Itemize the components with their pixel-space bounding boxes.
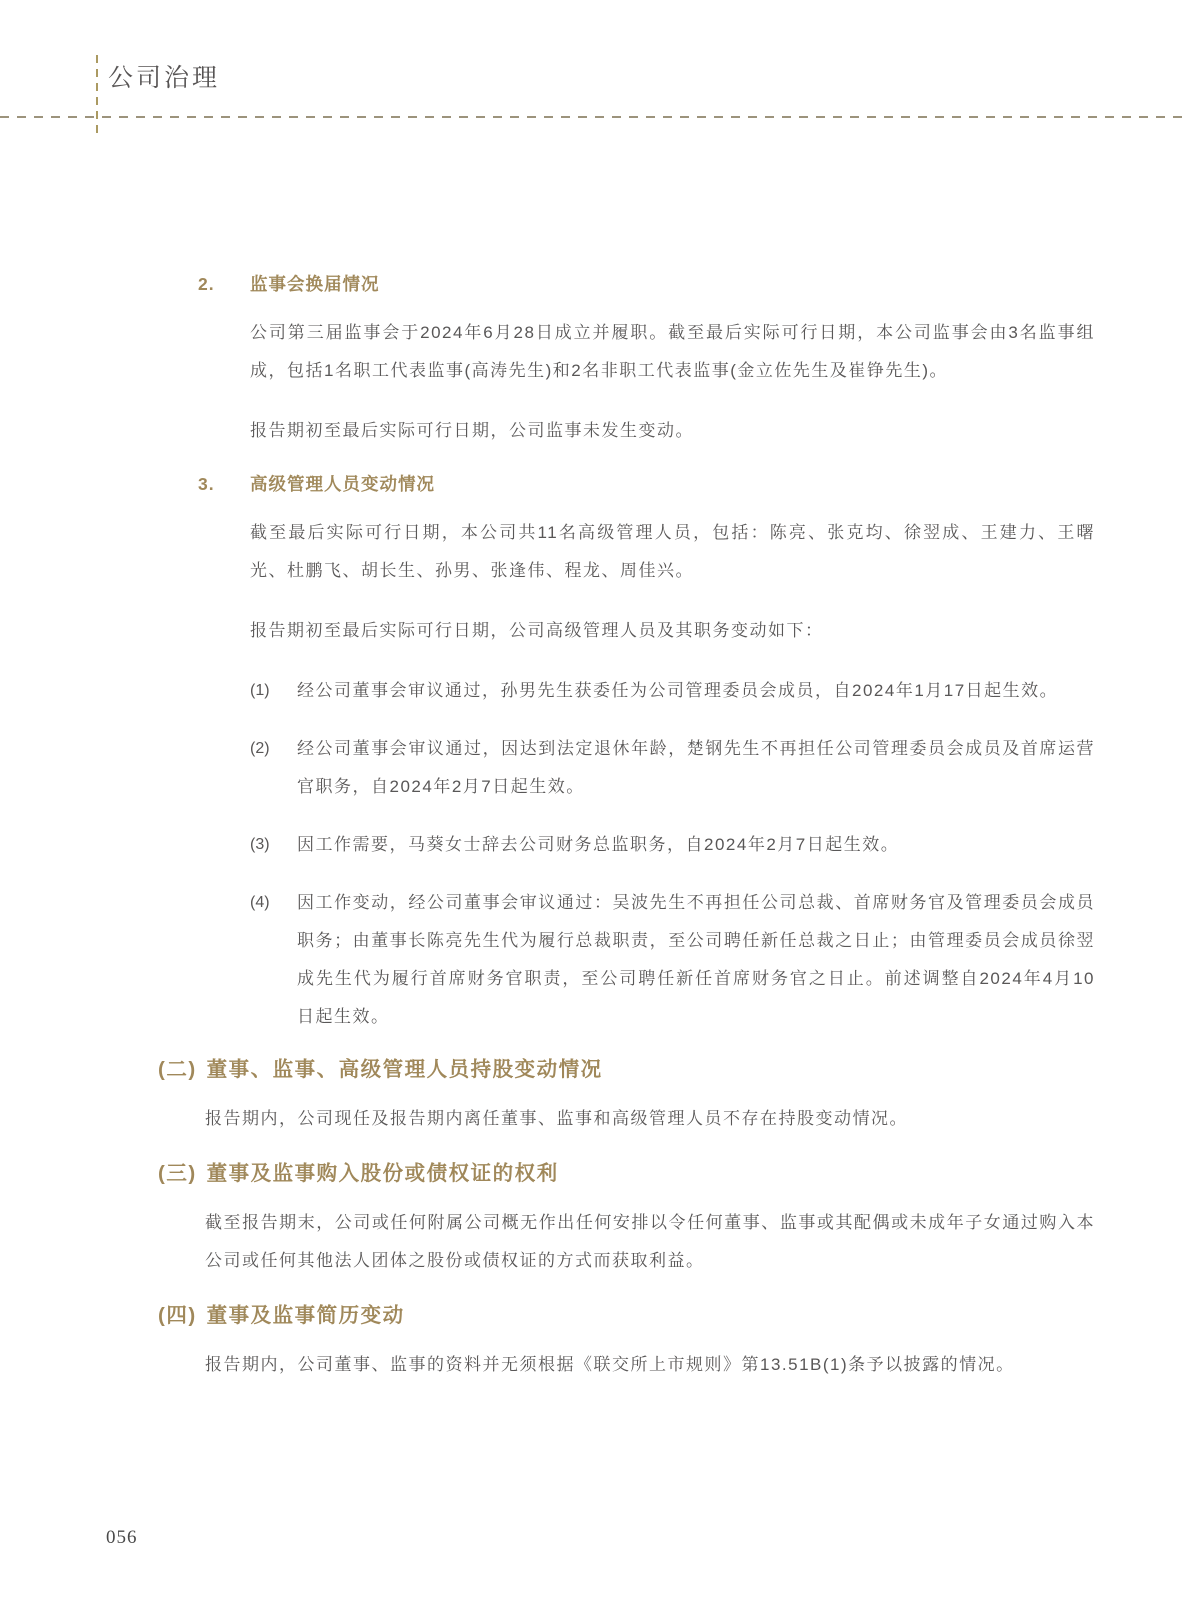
list-item: (1) 经公司董事会审议通过，孙男先生获委任为公司管理委员会成员，自2024年1… (250, 672, 1095, 710)
section-marker: (二) (158, 1056, 197, 1084)
section-heading: (二) 董事、监事、高级管理人员持股变动情况 (158, 1056, 1190, 1084)
list-item-number: (3) (250, 826, 297, 864)
header-horizontal-divider (0, 116, 1190, 118)
paragraph: 截至报告期末，公司或任何附属公司概无作出任何安排以令任何董事、监事或其配偶或未成… (205, 1204, 1095, 1280)
section-rights-to-acquire-shares: (三) 董事及监事购入股份或债权证的权利 截至报告期末，公司或任何附属公司概无作… (0, 1160, 1190, 1280)
list-item: (2) 经公司董事会审议通过，因达到法定退休年龄，楚钢先生不再担任公司管理委员会… (250, 730, 1095, 806)
section-body: 截至最后实际可行日期，本公司共11名高级管理人员，包括：陈亮、张克均、徐翌成、王… (250, 514, 1095, 650)
section-heading: 3. 高级管理人员变动情况 (198, 472, 1190, 496)
section-heading: 2. 监事会换届情况 (198, 272, 1190, 296)
list-item: (4) 因工作变动，经公司董事会审议通过：吴波先生不再担任公司总裁、首席财务官及… (250, 884, 1095, 1036)
section-biography-changes: (四) 董事及监事简历变动 报告期内，公司董事、监事的资料并无须根据《联交所上市… (0, 1302, 1190, 1384)
section-title: 董事、监事、高级管理人员持股变动情况 (207, 1056, 603, 1084)
section-supervisory-board-reelection: 2. 监事会换届情况 公司第三届监事会于2024年6月28日成立并履职。截至最后… (0, 272, 1190, 450)
section-title: 董事及监事购入股份或债权证的权利 (207, 1160, 559, 1188)
list-item-text: 因工作需要，马葵女士辞去公司财务总监职务，自2024年2月7日起生效。 (297, 826, 1095, 864)
section-body: 公司第三届监事会于2024年6月28日成立并履职。截至最后实际可行日期，本公司监… (250, 314, 1095, 450)
header-vertical-divider (96, 55, 98, 137)
section-senior-management-changes: 3. 高级管理人员变动情况 截至最后实际可行日期，本公司共11名高级管理人员，包… (0, 472, 1190, 1036)
paragraph: 报告期初至最后实际可行日期，公司高级管理人员及其职务变动如下： (250, 612, 1095, 650)
paragraph: 报告期内，公司现任及报告期内离任董事、监事和高级管理人员不存在持股变动情况。 (205, 1100, 1095, 1138)
paragraph: 公司第三届监事会于2024年6月28日成立并履职。截至最后实际可行日期，本公司监… (250, 314, 1095, 390)
section-title: 监事会换届情况 (250, 272, 380, 296)
list-item-text: 经公司董事会审议通过，孙男先生获委任为公司管理委员会成员，自2024年1月17日… (297, 672, 1095, 710)
page-number: 056 (106, 1527, 138, 1549)
section-heading: (三) 董事及监事购入股份或债权证的权利 (158, 1160, 1190, 1188)
numbered-list: (1) 经公司董事会审议通过，孙男先生获委任为公司管理委员会成员，自2024年1… (250, 672, 1095, 1036)
section-number: 3. (198, 472, 250, 496)
list-item-number: (4) (250, 884, 297, 1036)
section-title: 高级管理人员变动情况 (250, 472, 435, 496)
main-content: 2. 监事会换届情况 公司第三届监事会于2024年6月28日成立并履职。截至最后… (0, 272, 1190, 1406)
list-item-text: 因工作变动，经公司董事会审议通过：吴波先生不再担任公司总裁、首席财务官及管理委员… (297, 884, 1095, 1036)
list-item-number: (1) (250, 672, 297, 710)
document-page: 公司治理 2. 监事会换届情况 公司第三届监事会于2024年6月28日成立并履职… (0, 0, 1190, 1615)
section-title: 董事及监事简历变动 (207, 1302, 405, 1330)
section-number: 2. (198, 272, 250, 296)
section-shareholding-changes: (二) 董事、监事、高级管理人员持股变动情况 报告期内，公司现任及报告期内离任董… (0, 1056, 1190, 1138)
paragraph: 截至最后实际可行日期，本公司共11名高级管理人员，包括：陈亮、张克均、徐翌成、王… (250, 514, 1095, 590)
section-marker: (三) (158, 1160, 197, 1188)
page-header-title: 公司治理 (108, 58, 220, 94)
list-item: (3) 因工作需要，马葵女士辞去公司财务总监职务，自2024年2月7日起生效。 (250, 826, 1095, 864)
paragraph: 报告期内，公司董事、监事的资料并无须根据《联交所上市规则》第13.51B(1)条… (205, 1346, 1095, 1384)
section-heading: (四) 董事及监事简历变动 (158, 1302, 1190, 1330)
list-item-text: 经公司董事会审议通过，因达到法定退休年龄，楚钢先生不再担任公司管理委员会成员及首… (297, 730, 1095, 806)
section-marker: (四) (158, 1302, 197, 1330)
list-item-number: (2) (250, 730, 297, 806)
paragraph: 报告期初至最后实际可行日期，公司监事未发生变动。 (250, 412, 1095, 450)
